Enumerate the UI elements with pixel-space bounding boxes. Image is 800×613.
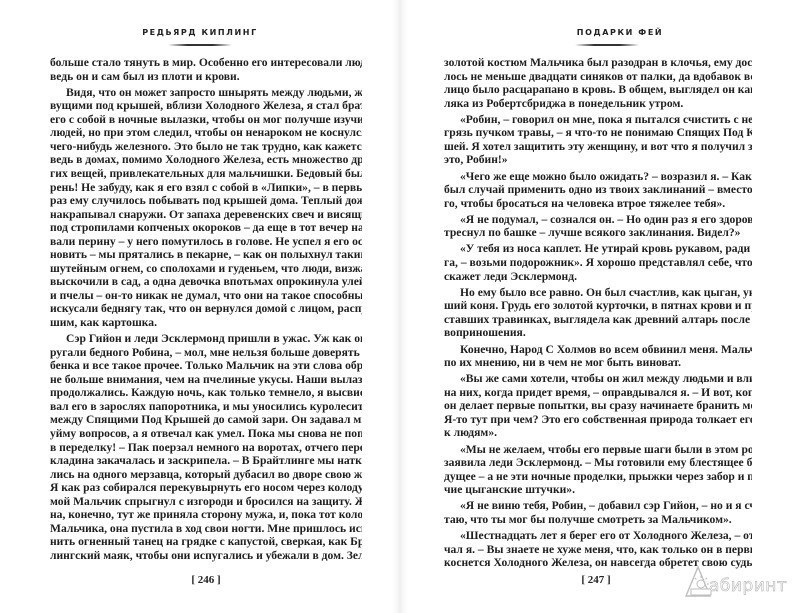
text-line: на, конечно, тут же приняла сторону мужа… — [50, 508, 362, 522]
text-line: «Я не виню тебя, Робин, – добавил сэр Ги… — [444, 499, 752, 513]
text-line: ляка из Робертсбриджа в понедельник утро… — [444, 97, 752, 111]
text-line: заявила леди Эсклермонд. – Мы готовили е… — [444, 456, 752, 470]
head-rule — [168, 44, 232, 46]
text-line: чие цыганские штучки». — [444, 483, 752, 497]
text-line: Мальчика, она пустила в ход свои ногти. … — [50, 522, 362, 536]
text-line: Но ему было все равно. Он был счастлив, … — [444, 286, 752, 300]
text-line: по их мнению, ни в чем не мог быть винов… — [444, 356, 752, 370]
text-line: «Чего же еще можно было ожидать? – возра… — [444, 170, 752, 184]
text-line: Конечно, Народ С Холмов во всем обвинил … — [444, 343, 752, 357]
text-line: рень! Не забуду, как я его взял с собой … — [50, 181, 362, 195]
text-line: «Я не подумал, – сознался он. – Но один … — [444, 213, 752, 227]
text-line: раз ему случилось побывать под крышей до… — [50, 194, 362, 208]
text-line: «Вы же сами хотели, чтобы он жил между л… — [444, 372, 752, 386]
text-line: Я-то тут при чем? Это его собственная пр… — [444, 413, 752, 427]
running-head-title: ПОДАРКИ ФЕЙ — [440, 28, 800, 37]
text-line: в переделку! – Пак поерзал немного на во… — [50, 441, 362, 455]
text-line: чего-нибудь железного. Это было не так т… — [50, 140, 362, 154]
page-number-left: [ 246 ] — [0, 574, 412, 586]
text-line: ведь в домах, помимо Холодного Железа, е… — [50, 153, 362, 167]
text-line: лось не меньше двадцати синяков от палки… — [444, 70, 752, 84]
text-line: не больше внимания, чем на пчелиные укус… — [50, 373, 362, 387]
text-line: го, чтобы бросаться на человека втрое тя… — [444, 197, 752, 211]
text-line: ставших травинках, выглядела как древний… — [444, 313, 752, 327]
text-line: «Робин, – говорил он мне, пока я пытался… — [444, 113, 752, 127]
head-rule — [575, 44, 639, 46]
text-line: это, Робин!» — [444, 153, 752, 167]
text-line: шутейным огнем, со сполохами и гуденьем,… — [50, 262, 362, 276]
text-line: ругали бедного Робина, – мол, мне нельзя… — [50, 346, 362, 360]
text-line: гих вещей, привлекательных для мальчишки… — [50, 167, 362, 181]
text-line: Сэр Гийон и леди Эсклермонд пришли в ужа… — [50, 332, 362, 346]
text-line: га, – возьми подорожник». Я хорошо предс… — [444, 256, 752, 270]
text-line: под стропилами копченых окороков – да ещ… — [50, 221, 362, 235]
text-line: дущее – а не эти ночные проделки, прыжки… — [444, 470, 752, 484]
text-line: «Шестнадцать лет я берег его от Холодног… — [444, 529, 752, 543]
text-line: Я как раз собирался перекувырнуть его но… — [50, 481, 362, 495]
text-line: нить огненный танец на грядке с капустой… — [50, 535, 362, 549]
text-line: лицо было расцарапано в кровь. В общем, … — [444, 83, 752, 97]
text-line: выскочили в сад, а одна девочка впотьмах… — [50, 275, 362, 289]
watermark-text: абиринт — [709, 576, 787, 596]
text-line: искусали беднягу так, что он вернулся до… — [50, 302, 362, 316]
labirint-watermark: абиринт — [683, 564, 795, 598]
text-line: накрапывал снаружи. От запаха деревенски… — [50, 208, 362, 222]
text-line: уйму вопросов, а я отвечал как умел. Пок… — [50, 427, 362, 441]
text-line: ший коня. Грудь его золотой курточки, в … — [444, 299, 752, 313]
text-line: вущими под крышей, вблизи Холодного Желе… — [50, 99, 362, 113]
text-line: скажет леди Эсклермонд. — [444, 270, 752, 284]
text-line: он делает первые попытки, вы сразу начин… — [444, 399, 752, 413]
text-line: продолжались. Каждую ночь, как только те… — [50, 386, 362, 400]
text-line: на них, когда придет время, – оправдывал… — [444, 386, 752, 400]
text-line: к людям». — [444, 426, 752, 440]
right-page: ПОДАРКИ ФЕЙ золотой костюм Мальчика был … — [400, 0, 800, 613]
text-line: новить – мы прятались в пекарне, – как о… — [50, 248, 362, 262]
text-line: «У тебя из носа каплет. Не утирай кровь … — [444, 242, 752, 256]
text-line: больше стало тянуть в мир. Особенно его … — [50, 56, 362, 70]
text-line: золотой костюм Мальчика был разодран в к… — [444, 56, 752, 70]
text-line: Видя, что он может запросто шнырять межд… — [50, 86, 362, 100]
text-line: воприношения. — [444, 326, 752, 340]
text-line: бенка и все такое прочее. Только Мальчик… — [50, 359, 362, 373]
text-line: между Спящими Под Крышей до самой зари. … — [50, 413, 362, 427]
text-line: треснул по башке – лучше всякого заклина… — [444, 226, 752, 240]
text-line: был случай применить одно из твоих закли… — [444, 183, 752, 197]
text-line: лингский маяк, чтобы они испугались и уб… — [50, 549, 362, 563]
right-page-text: золотой костюм Мальчика был разодран в к… — [444, 56, 752, 570]
text-line: «Мы не желаем, чтобы его первые шаги был… — [444, 443, 752, 457]
text-line: кладина закачалась и заскрипела. – В Бра… — [50, 454, 362, 468]
text-line: ведь он и сам был из плоти и крови. — [50, 70, 362, 84]
left-page-text: больше стало тянуть в мир. Особенно его … — [50, 56, 362, 562]
running-head-author: РЕДЬЯРД КИПЛИНГ — [30, 28, 370, 37]
text-line: шим, как картошка. — [50, 316, 362, 330]
text-line: мой Мальчик спрыгнул с изгороди и бросил… — [50, 495, 362, 509]
text-line: вал его в зарослях папоротника, и мы уно… — [50, 400, 362, 414]
text-line: шей. Я хотел защитить эту женщину, и вот… — [444, 140, 752, 154]
text-line: людей, но при этом следил, чтобы он нена… — [50, 126, 362, 140]
text-line: чал я. – Вы знаете не хуже меня, что, ка… — [444, 543, 752, 557]
text-line: вали перину – у него помутилось в голове… — [50, 235, 362, 249]
left-page: РЕДЬЯРД КИПЛИНГ больше стало тянуть в ми… — [0, 0, 400, 613]
text-line: грязь пучком травы, – я что-то не понима… — [444, 126, 752, 140]
text-line: таю, что ты мог бы получше смотреть за М… — [444, 513, 752, 527]
text-line: лись на одного мерзавца, который дубасил… — [50, 468, 362, 482]
text-line: и пчелы – он-то никак не думал, что они … — [50, 289, 362, 303]
text-line: его с собой в ночные вылазки, чтобы он м… — [50, 113, 362, 127]
